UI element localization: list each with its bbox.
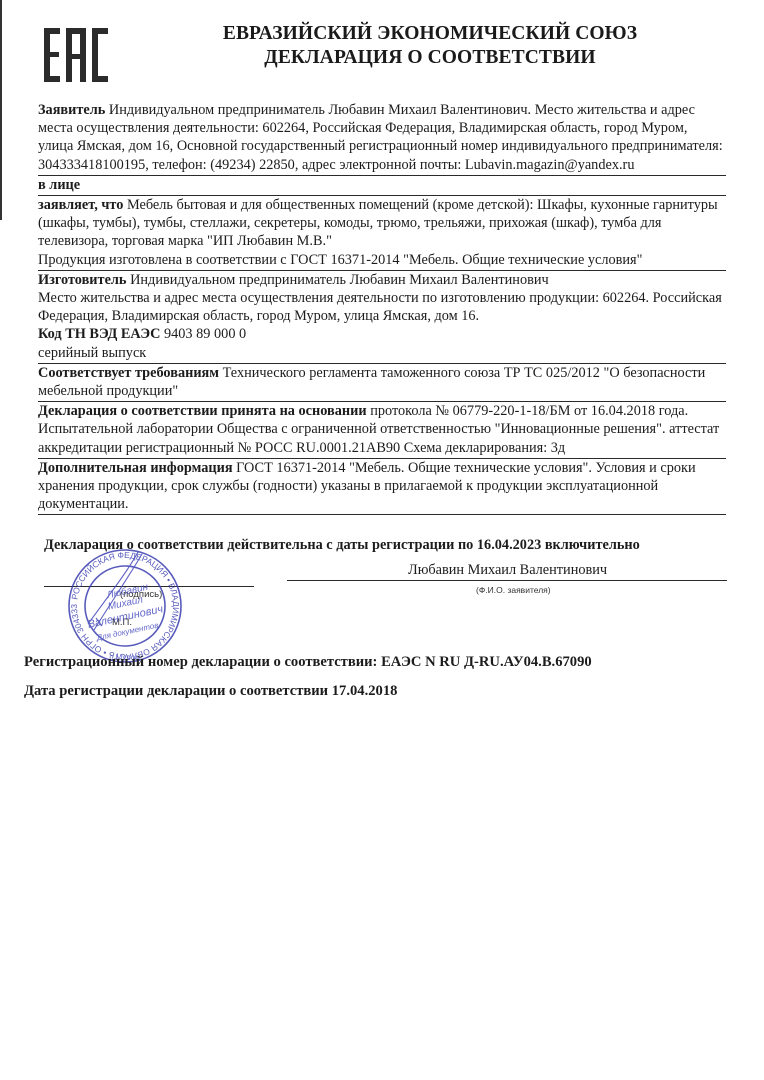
tn-ved-code-value: 9403 89 000 0 [160,326,246,342]
declaration-body: Заявитель Индивидуальном предприниматель… [38,101,726,515]
manufacturer-address: Место жительства и адрес места осуществл… [38,289,726,325]
section-applicant: Заявитель Индивидуальном предприниматель… [38,101,726,176]
document-header: ЕВРАЗИЙСКИЙ ЭКОНОМИЧЕСКИЙ СОЮЗ ДЕКЛАРАЦИ… [180,22,680,70]
registration-date-value: 17.04.2018 [332,683,398,699]
applicant-full-name: Любавин Михаил Валентинович [408,562,607,579]
registration-number: Регистрационный номер декларации о соотв… [24,654,592,671]
conforms-label: Соответствует требованиям [38,365,219,381]
additional-info-label: Дополнительная информация [38,460,233,476]
declares-label: заявляет, что [38,197,123,213]
registration-date-label: Дата регистрации декларации о соответств… [24,683,328,699]
section-conforms: Соответствует требованиям Технического р… [38,364,726,402]
basis-label: Декларация о соответствии принята на осн… [38,403,367,419]
manufacturer-text: Индивидуальном предприниматель Любавин М… [127,272,549,288]
tn-ved-code-label: Код ТН ВЭД ЕАЭС [38,326,160,342]
declares-standard: Продукция изготовлена в соответствии с Г… [38,251,726,269]
header-declaration-title: ДЕКЛАРАЦИЯ О СООТВЕТСТВИИ [180,46,680,70]
section-represented-by: в лице [38,176,726,196]
production-type: серийный выпуск [38,344,726,362]
eac-logo-icon [42,24,112,84]
section-additional-info: Дополнительная информация ГОСТ 16371-201… [38,459,726,516]
applicant-name-line [287,580,727,581]
applicant-label: Заявитель [38,102,105,118]
section-manufacturer: Изготовитель Индивидуальном предпринимат… [38,271,726,364]
section-basis: Декларация о соответствии принята на осн… [38,402,726,459]
registration-number-label: Регистрационный номер декларации о соотв… [24,654,377,670]
registration-number-value: ЕАЭС N RU Д-RU.АУ04.В.67090 [381,654,592,670]
header-union-title: ЕВРАЗИЙСКИЙ ЭКОНОМИЧЕСКИЙ СОЮЗ [180,22,680,46]
declares-text: Мебель бытовая и для общественных помеще… [38,197,718,249]
manufacturer-label: Изготовитель [38,272,127,288]
registration-date: Дата регистрации декларации о соответств… [24,683,397,700]
scan-edge [0,0,2,220]
official-stamp-icon: РОССИЙСКАЯ ФЕДЕРАЦИЯ • ВЛАДИМИРСКАЯ ОБЛА… [66,544,184,668]
section-declares: заявляет, что Мебель бытовая и для общес… [38,196,726,271]
applicant-name-caption: (Ф.И.О. заявителя) [476,585,551,595]
represented-by-label: в лице [38,177,80,193]
applicant-text: Индивидуальном предприниматель Любавин М… [38,102,723,173]
